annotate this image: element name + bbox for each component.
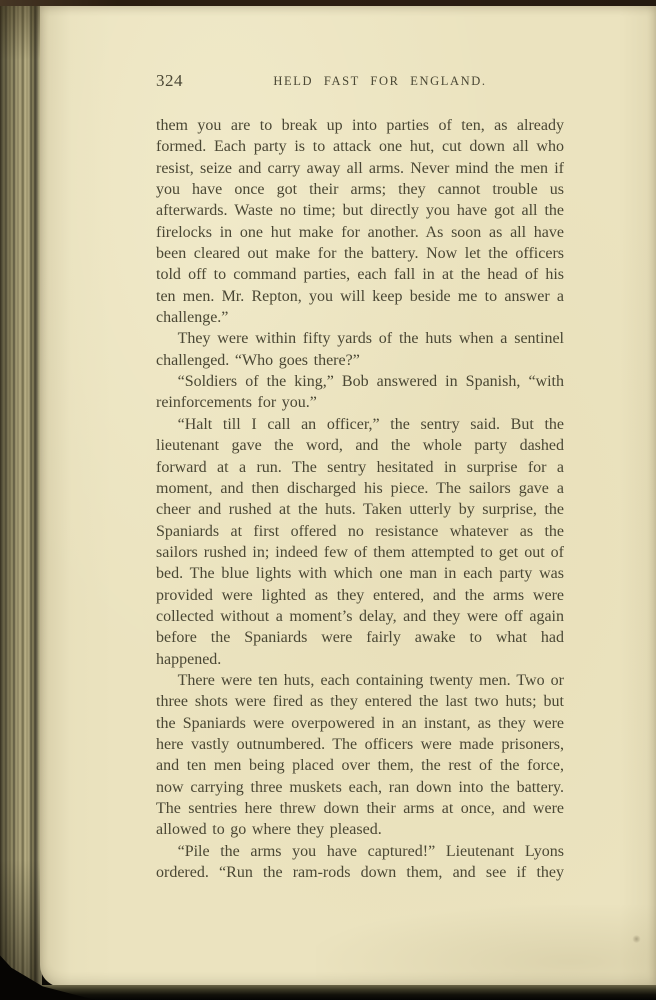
running-header: HELD FAST FOR ENGLAND. [196,74,564,89]
paragraph: They were within fifty yards of the huts… [156,328,564,371]
paragraph: “Halt till I call an officer,” the sentr… [156,414,564,670]
page-number: 324 [156,71,183,91]
paragraph: “Pile the arms you have captured!” Lieut… [156,841,564,884]
paragraph: them you are to break up into parties of… [156,115,564,328]
page-paper: 324 HELD FAST FOR ENGLAND. them you are … [40,5,656,987]
bottom-scan-edge [0,985,656,1000]
paragraph: “Soldiers of the king,” Bob answered in … [156,371,564,414]
top-scan-edge [0,0,656,6]
text-column: 324 HELD FAST FOR ENGLAND. them you are … [156,71,564,883]
body-text: them you are to break up into parties of… [156,115,564,883]
scanned-book-page: 324 HELD FAST FOR ENGLAND. them you are … [0,0,656,1000]
paper-smudge [632,935,641,943]
paragraph: There were ten huts, each containing twe… [156,670,564,841]
book-page-edges [0,0,42,1000]
page-header: 324 HELD FAST FOR ENGLAND. [156,71,564,95]
